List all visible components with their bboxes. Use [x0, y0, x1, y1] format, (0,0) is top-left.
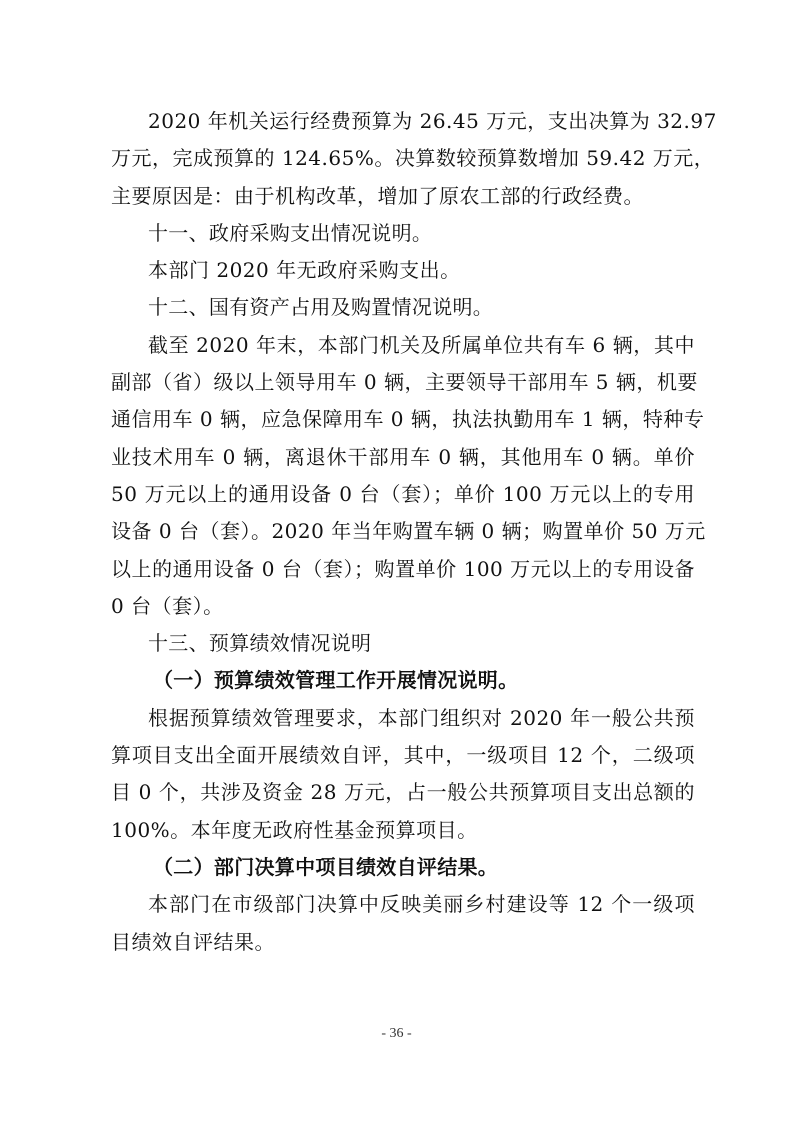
subheading-self-evaluation-results: （二）部门决算中项目绩效自评结果。 [111, 849, 695, 886]
text-line: 万元，完成预算的 124.65%。决算数较预算数增加 59.42 万元， [111, 140, 695, 177]
text-line: 主要原因是：由于机构改革，增加了原农工部的行政经费。 [111, 178, 695, 215]
heading-state-assets: 十二、国有资产占用及购置情况说明。 [111, 289, 695, 326]
paragraph-procurement: 本部门 2020 年无政府采购支出。 [111, 252, 695, 289]
text-line: 副部（省）级以上领导用车 0 辆，主要领导干部用车 5 辆，机要 [111, 364, 695, 401]
text-line: 0 台（套）。 [111, 588, 695, 625]
text-line: 算项目支出全面开展绩效自评，其中，一级项目 12 个，二级项 [111, 737, 695, 774]
text-line: 以上的通用设备 0 台（套）；购置单价 100 万元以上的专用设备 [111, 551, 695, 588]
text-line: 设备 0 台（套）。2020 年当年购置车辆 0 辆；购置单价 50 万元 [111, 513, 695, 550]
text-line: 截至 2020 年末，本部门机关及所属单位共有车 6 辆，其中 [111, 327, 695, 364]
paragraph-operating-expenses: 2020 年机关运行经费预算为 26.45 万元，支出决算为 32.97 万元，… [111, 103, 695, 215]
heading-budget-performance: 十三、预算绩效情况说明 [111, 625, 695, 662]
heading-government-procurement: 十一、政府采购支出情况说明。 [111, 215, 695, 252]
paragraph-performance-management: 根据预算绩效管理要求，本部门组织对 2020 年一般公共预 算项目支出全面开展绩… [111, 700, 695, 849]
text-line: 目 0 个，共涉及资金 28 万元，占一般公共预算项目支出总额的 [111, 774, 695, 811]
paragraph-self-evaluation: 本部门在市级部门决算中反映美丽乡村建设等 12 个一级项 目绩效自评结果。 [111, 886, 695, 961]
text-line: 通信用车 0 辆，应急保障用车 0 辆，执法执勤用车 1 辆，特种专 [111, 401, 695, 438]
paragraph-state-assets: 截至 2020 年末，本部门机关及所属单位共有车 6 辆，其中 副部（省）级以上… [111, 327, 695, 625]
text-line: 根据预算绩效管理要求，本部门组织对 2020 年一般公共预 [111, 700, 695, 737]
text-line: 业技术用车 0 辆，离退休干部用车 0 辆，其他用车 0 辆。单价 [111, 439, 695, 476]
text-line: 目绩效自评结果。 [111, 924, 695, 961]
text-line: 本部门在市级部门决算中反映美丽乡村建设等 12 个一级项 [111, 886, 695, 923]
text-line: 100%。本年度无政府性基金预算项目。 [111, 812, 695, 849]
text-line: 2020 年机关运行经费预算为 26.45 万元，支出决算为 32.97 [111, 103, 695, 140]
page-number: - 36 - [0, 1026, 793, 1042]
subheading-performance-management: （一）预算绩效管理工作开展情况说明。 [111, 662, 695, 699]
document-page: 2020 年机关运行经费预算为 26.45 万元，支出决算为 32.97 万元，… [111, 103, 695, 961]
text-line: 50 万元以上的通用设备 0 台（套）；单价 100 万元以上的专用 [111, 476, 695, 513]
